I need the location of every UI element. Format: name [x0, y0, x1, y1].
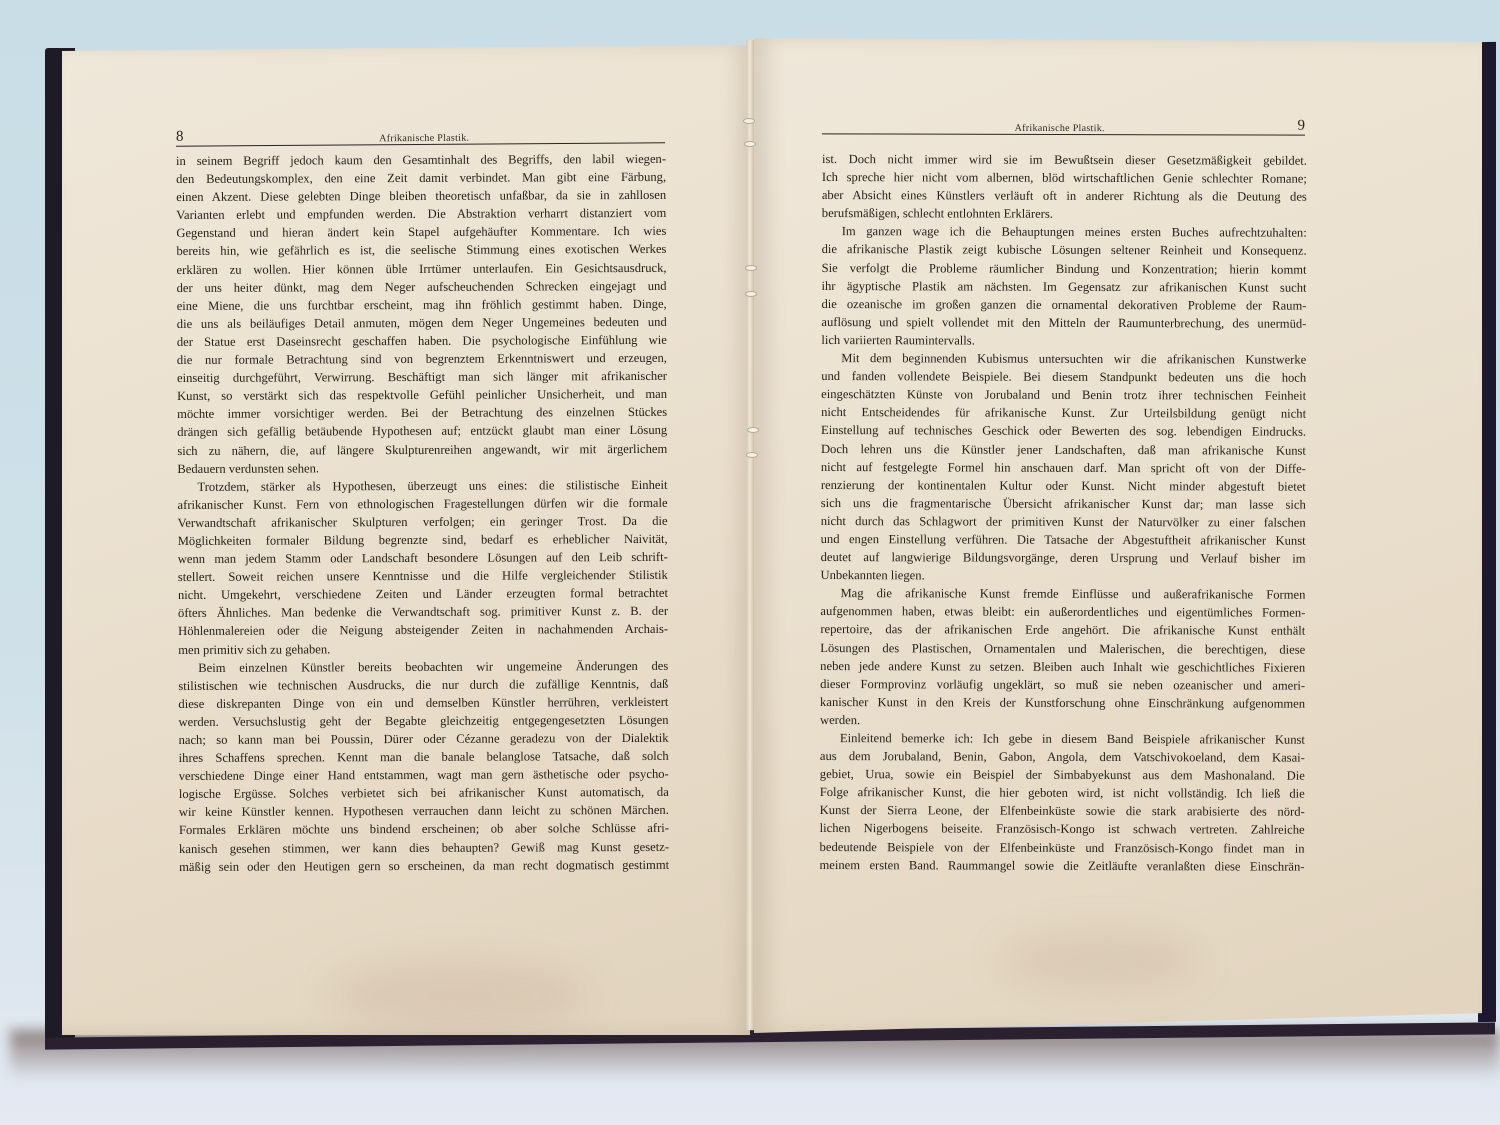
text-line: Einleitend bemerke ich: Ich gebe in dies…	[820, 729, 1305, 749]
binding-stitch	[743, 118, 755, 124]
text-line: deutet auf langwierige Bildungsvorgänge,…	[821, 548, 1306, 568]
text-line: Beim einzelnen Künstler bereits beobacht…	[178, 656, 668, 676]
text-line: verschiedene Dinge einer Hand entstammen…	[179, 765, 669, 785]
binding-stitch	[745, 265, 757, 271]
text-line: die uns als beiläufiges Detail anmuten, …	[177, 313, 667, 333]
text-line: Kunst der Sierra Leone, der Elfenbeinküs…	[820, 801, 1305, 821]
text-line: aus dem Jorubaland, Benin, Gabon, Angola…	[820, 747, 1305, 767]
text-line: bedeutende Beispiele von der Elfenbeinkü…	[820, 838, 1305, 858]
text-line: die afrikanische Plastik zeigt kubische …	[822, 240, 1307, 260]
text-line: nach; so kann man bei Poussin, Dürer ode…	[179, 729, 669, 749]
text-line: einseitig durchgeführt, Verwirrung. Besc…	[177, 367, 667, 387]
text-line: afrikanischer Kunst. Fern von ethnologis…	[178, 494, 668, 514]
text-line: Trotzdem, stärker als Hypothesen, überze…	[177, 476, 667, 496]
text-line: Formales Erklären möchte uns bindend ers…	[179, 819, 669, 839]
text-line: der uns heiter dünkt, mag dem Neger aufs…	[177, 277, 667, 297]
left-page-body-text: in seinem Begriff jedoch kaum den Gesamt…	[176, 150, 669, 876]
binding-stitch	[746, 452, 758, 458]
text-line: neben jede andere Kunst zu setzen. Bleib…	[820, 657, 1305, 677]
binding-stitch	[744, 141, 756, 147]
page-number: 8	[176, 129, 184, 146]
left-page-header: 8 Afrikanische Plastik.	[176, 126, 665, 146]
text-line: gebiet, Urua, sowie ein Beispiel der Sim…	[820, 765, 1305, 785]
text-line: mäßig sein oder den Heutigen gern so ers…	[179, 856, 669, 876]
text-line: ist. Doch nicht immer wird sie im Bewußt…	[822, 150, 1307, 170]
text-line: kanischer Kunst in den Kreis der Kunstfo…	[820, 693, 1305, 713]
text-line: einen Akzent. Diese gelebten Dinge bleib…	[176, 186, 666, 206]
text-line: möchte immer vorsichtiger werden. Bei de…	[177, 403, 667, 423]
text-line: meinem ersten Band. Raummangel sowie die…	[819, 856, 1304, 876]
text-line: Mag die afrikanische Kunst fremde Einflü…	[820, 584, 1305, 604]
text-line: bereits hin, wie gefährlich es ist, die …	[176, 240, 666, 260]
text-line: und engen Einstellung verführen. Die Tat…	[821, 530, 1306, 550]
text-line: Einstellung auf technisches Geschick ode…	[821, 421, 1306, 441]
text-line: Bedauern verdunsten sehen.	[177, 457, 667, 477]
text-line: Möglichkeiten formaler Bildung begrenzte…	[178, 530, 668, 550]
text-line: nicht Entscheidendes für afrikanische Ku…	[821, 403, 1306, 423]
text-line: stilistischen wie technischen Ausdrucks,…	[178, 675, 668, 695]
text-line: Sie verfolgt die Probleme räumlicher Bin…	[822, 259, 1307, 279]
right-page-header: Afrikanische Plastik. 9	[822, 116, 1305, 135]
text-line: werden. Versuchslustig geht der Begabte …	[178, 711, 668, 731]
text-line: die nur formale Betrachtung sind von beg…	[177, 349, 667, 369]
text-line: Höhlenmalereien oder die Neigung absteig…	[178, 620, 668, 640]
text-line: erklären zu wollen. Hier können üble Irr…	[176, 258, 666, 278]
text-line: kanisch gesehen stimmen, wer kann dies b…	[179, 837, 669, 857]
text-line: Lösungen des Plastischen, Ornamentalen u…	[820, 639, 1305, 659]
text-line: logische Ergüsse. Solches verbietet sich…	[179, 783, 669, 803]
text-line: Varianten erlebt und empfunden werden. D…	[176, 204, 666, 224]
text-line: aufgenommen haben, etwas bleibt: ein auß…	[820, 602, 1305, 622]
text-line: Unbekannten liegen.	[820, 566, 1305, 586]
paper-stain	[330, 960, 590, 1030]
text-line: eingeschätzten Künste von Jorubaland und…	[821, 385, 1306, 405]
text-line: sich zu nähern, die, auf längere Skulptu…	[177, 439, 667, 459]
text-line: berufsmäßigen, schlecht entlohnten Erklä…	[822, 204, 1307, 224]
text-line: die ozeanische im großen ganzen die orna…	[821, 295, 1306, 315]
text-line: ihr ägyptische Plastik am nächsten. Im G…	[821, 277, 1306, 297]
binding-stitch	[747, 427, 759, 433]
text-line: men primitiv sich zu gehaben.	[178, 638, 668, 658]
text-line: sich uns die fragmentarische Übersicht a…	[821, 494, 1306, 514]
text-line: auflösung und spielt vollendet mit den M…	[821, 313, 1306, 333]
text-line: in seinem Begriff jedoch kaum den Gesamt…	[176, 150, 666, 170]
text-line: wenn man jedem Stamm oder Landschaft bes…	[178, 548, 668, 568]
text-line: ihres Schaffens sprechen. Kennt man die …	[179, 747, 669, 767]
text-line: nicht. Umgekehrt, verschiedene Zeiten un…	[178, 584, 668, 604]
text-line: lich variierten Raumintervalls.	[821, 331, 1306, 351]
text-line: Ich spreche hier nicht vom albernen, blö…	[822, 168, 1307, 188]
text-line: repertoire, das der afrikanischen Erde a…	[820, 620, 1305, 640]
text-line: aber Absicht eines Künstlers verläuft of…	[822, 186, 1307, 206]
text-line: Doch lehren uns die Künstler jener Lands…	[821, 439, 1306, 459]
text-line: Mit dem beginnenden Kubismus untersuchte…	[821, 349, 1306, 369]
running-title: Afrikanische Plastik.	[822, 122, 1298, 134]
text-line: nicht durch das Schlagwort der primitive…	[821, 512, 1306, 532]
text-line: Folge afrikanischer Kunst, die hier gebo…	[820, 783, 1305, 803]
text-line: und fanden vollendete Beispiele. Bei die…	[821, 367, 1306, 387]
text-line: stellert. Soweit reichen unsere Kenntnis…	[178, 566, 668, 586]
text-line: den Bedeutungskomplex, den eine Zeit dam…	[176, 168, 666, 188]
text-line: Gegenstand und hieran ändert kein Stapel…	[176, 222, 666, 242]
page-number: 9	[1297, 118, 1305, 135]
text-line: diese diskrepanten Dinge von ein und dem…	[178, 693, 668, 713]
book-gutter	[746, 40, 754, 1030]
text-line: nicht auf festgelegte Formel hin anschau…	[821, 458, 1306, 478]
paper-stain	[1000, 930, 1200, 990]
text-line: renzierung der kontinentalen Kultur oder…	[821, 476, 1306, 496]
right-page-body-text: ist. Doch nicht immer wird sie im Bewußt…	[819, 150, 1307, 875]
text-line: wir keine Künstler kennen. Hypothesen ve…	[179, 801, 669, 821]
text-line: dieser Formprovinz vorläufig ungeklärt, …	[820, 675, 1305, 695]
text-line: öfters Ähnliches. Man bedenke die Verwan…	[178, 602, 668, 622]
text-line: Verwandtschaft afrikanischer Skulpturen …	[178, 512, 668, 532]
text-line: Kunst, so verstärkt sich das respektvoll…	[177, 385, 667, 405]
text-line: lichen Nigerbogens beiseite. Französisch…	[820, 819, 1305, 839]
text-line: eine Miene, die uns furchtbar erscheint,…	[177, 295, 667, 315]
binding-stitch	[745, 291, 757, 297]
text-line: Im ganzen wage ich die Behauptungen mein…	[822, 222, 1307, 242]
text-line: der Statue erst Daseinsrecht geschaffen …	[177, 331, 667, 351]
running-title: Afrikanische Plastik.	[183, 131, 665, 145]
text-line: drängen sich gefällig betäubende Hypothe…	[177, 421, 667, 441]
text-line: werden.	[820, 711, 1305, 731]
